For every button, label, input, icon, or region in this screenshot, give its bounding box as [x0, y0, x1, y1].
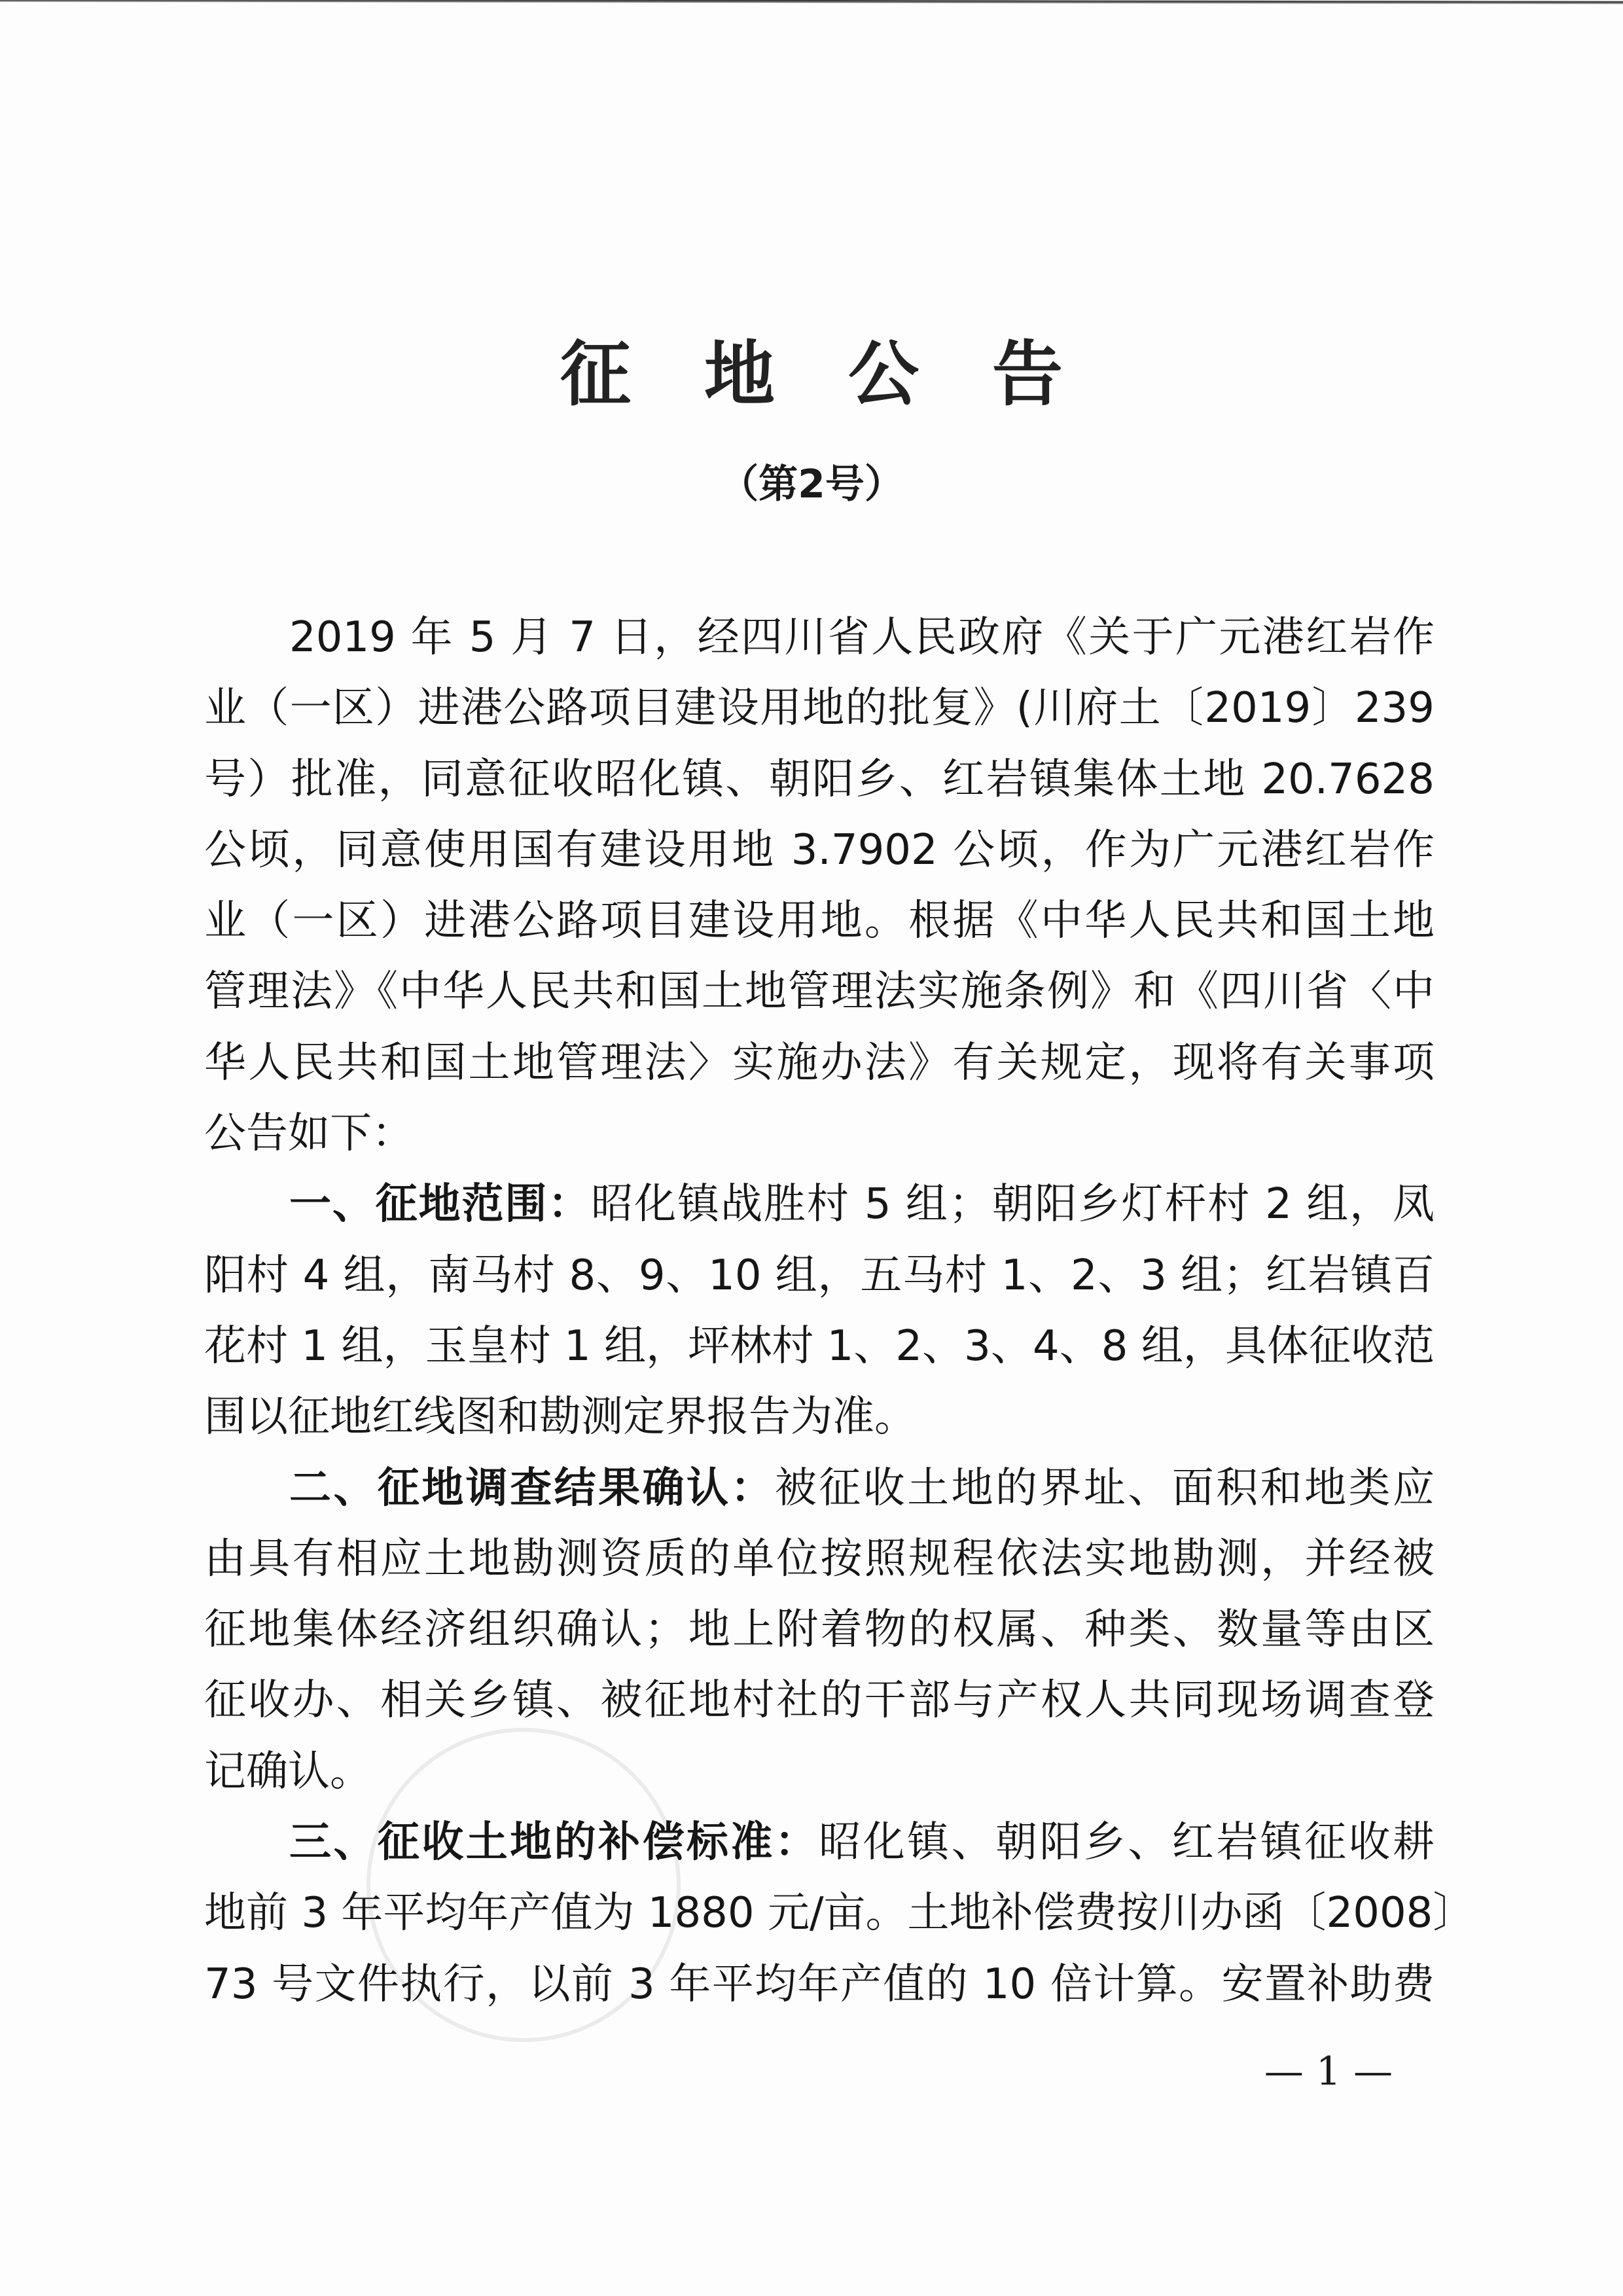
text-line: 公顷，同意使用国有建设用地 3.7902 公顷，作为广元港红岩作 — [204, 815, 1435, 886]
paragraph-section-1: 一、征地范围：昭化镇战胜村 5 组；朝阳乡灯杆村 2 组，凤 阳村 4 组，南马… — [204, 1169, 1435, 1452]
text-line: 业（一区）进港公路项目建设用地的批复》(川府土〔2019〕239 — [204, 673, 1435, 744]
paragraph-section-2: 二、征地调查结果确认：被征收土地的界址、面积和地类应 由具有相应土地勘测资质的单… — [204, 1453, 1435, 1807]
text-line: 围以征地红线图和勘测定界报告为准。 — [204, 1382, 1435, 1452]
document-body: 2019 年 5 月 7 日，经四川省人民政府《关于广元港红岩作 业（一区）进港… — [204, 602, 1435, 2020]
text-line: 公告如下： — [204, 1098, 1435, 1169]
text-line: 管理法》《中华人民共和国土地管理法实施条例》和《四川省〈中 — [204, 956, 1435, 1027]
section-text: 昭化镇、朝阳乡、红岩镇征收耕 — [819, 1818, 1435, 1867]
text-line: 一、征地范围：昭化镇战胜村 5 组；朝阳乡灯杆村 2 组，凤 — [204, 1169, 1435, 1240]
paragraph-section-3: 三、征收土地的补偿标准：昭化镇、朝阳乡、红岩镇征收耕 地前 3 年平均年产值为 … — [204, 1807, 1435, 2020]
text-line: 号）批准，同意征收昭化镇、朝阳乡、红岩镇集体土地 20.7628 — [204, 744, 1435, 815]
text-line: 地前 3 年平均年产值为 1880 元/亩。土地补偿费按川办函〔2008〕 — [204, 1878, 1435, 1948]
text-line: 花村 1 组，玉皇村 1 组，坪林村 1、2、3、4、8 组，具体征收范 — [204, 1311, 1435, 1382]
text-line: 记确认。 — [204, 1736, 1435, 1807]
section-text: 被征收土地的界址、面积和地类应 — [775, 1464, 1435, 1513]
text-line: 阳村 4 组，南马村 8、9、10 组，五马村 1、2、3 组；红岩镇百 — [204, 1240, 1435, 1311]
text-line: 三、征收土地的补偿标准：昭化镇、朝阳乡、红岩镇征收耕 — [204, 1807, 1435, 1878]
text-line: 2019 年 5 月 7 日，经四川省人民政府《关于广元港红岩作 — [204, 602, 1435, 673]
page-number: — 1 — — [1224, 2049, 1433, 2094]
text-line: 73 号文件执行，以前 3 年平均年产值的 10 倍计算。安置补助费 — [204, 1949, 1435, 2020]
paragraph-intro: 2019 年 5 月 7 日，经四川省人民政府《关于广元港红岩作 业（一区）进港… — [204, 602, 1435, 1169]
section-heading: 三、征收土地的补偿标准： — [289, 1818, 819, 1867]
section-text: 昭化镇战胜村 5 组；朝阳乡灯杆村 2 组，凤 — [591, 1180, 1435, 1229]
section-heading: 一、征地范围： — [289, 1180, 591, 1229]
page-title: 征地公告 — [0, 329, 1623, 420]
text-line: 业（一区）进港公路项目建设用地。根据《中华人民共和国土地 — [204, 886, 1435, 956]
text-line: 征地集体经济组织确认；地上附着物的权属、种类、数量等由区 — [204, 1594, 1435, 1665]
text-line: 华人民共和国土地管理法〉实施办法》有关规定，现将有关事项 — [204, 1028, 1435, 1098]
text-line: 由具有相应土地勘测资质的单位按照规程依法实地勘测，并经被 — [204, 1524, 1435, 1594]
text-line: 二、征地调查结果确认：被征收土地的界址、面积和地类应 — [204, 1453, 1435, 1524]
section-heading: 二、征地调查结果确认： — [289, 1464, 775, 1513]
scan-edge — [0, 0, 1623, 5]
issue-number: （第2号） — [0, 458, 1623, 511]
text-line: 征收办、相关乡镇、被征地村社的干部与产权人共同现场调查登 — [204, 1665, 1435, 1736]
